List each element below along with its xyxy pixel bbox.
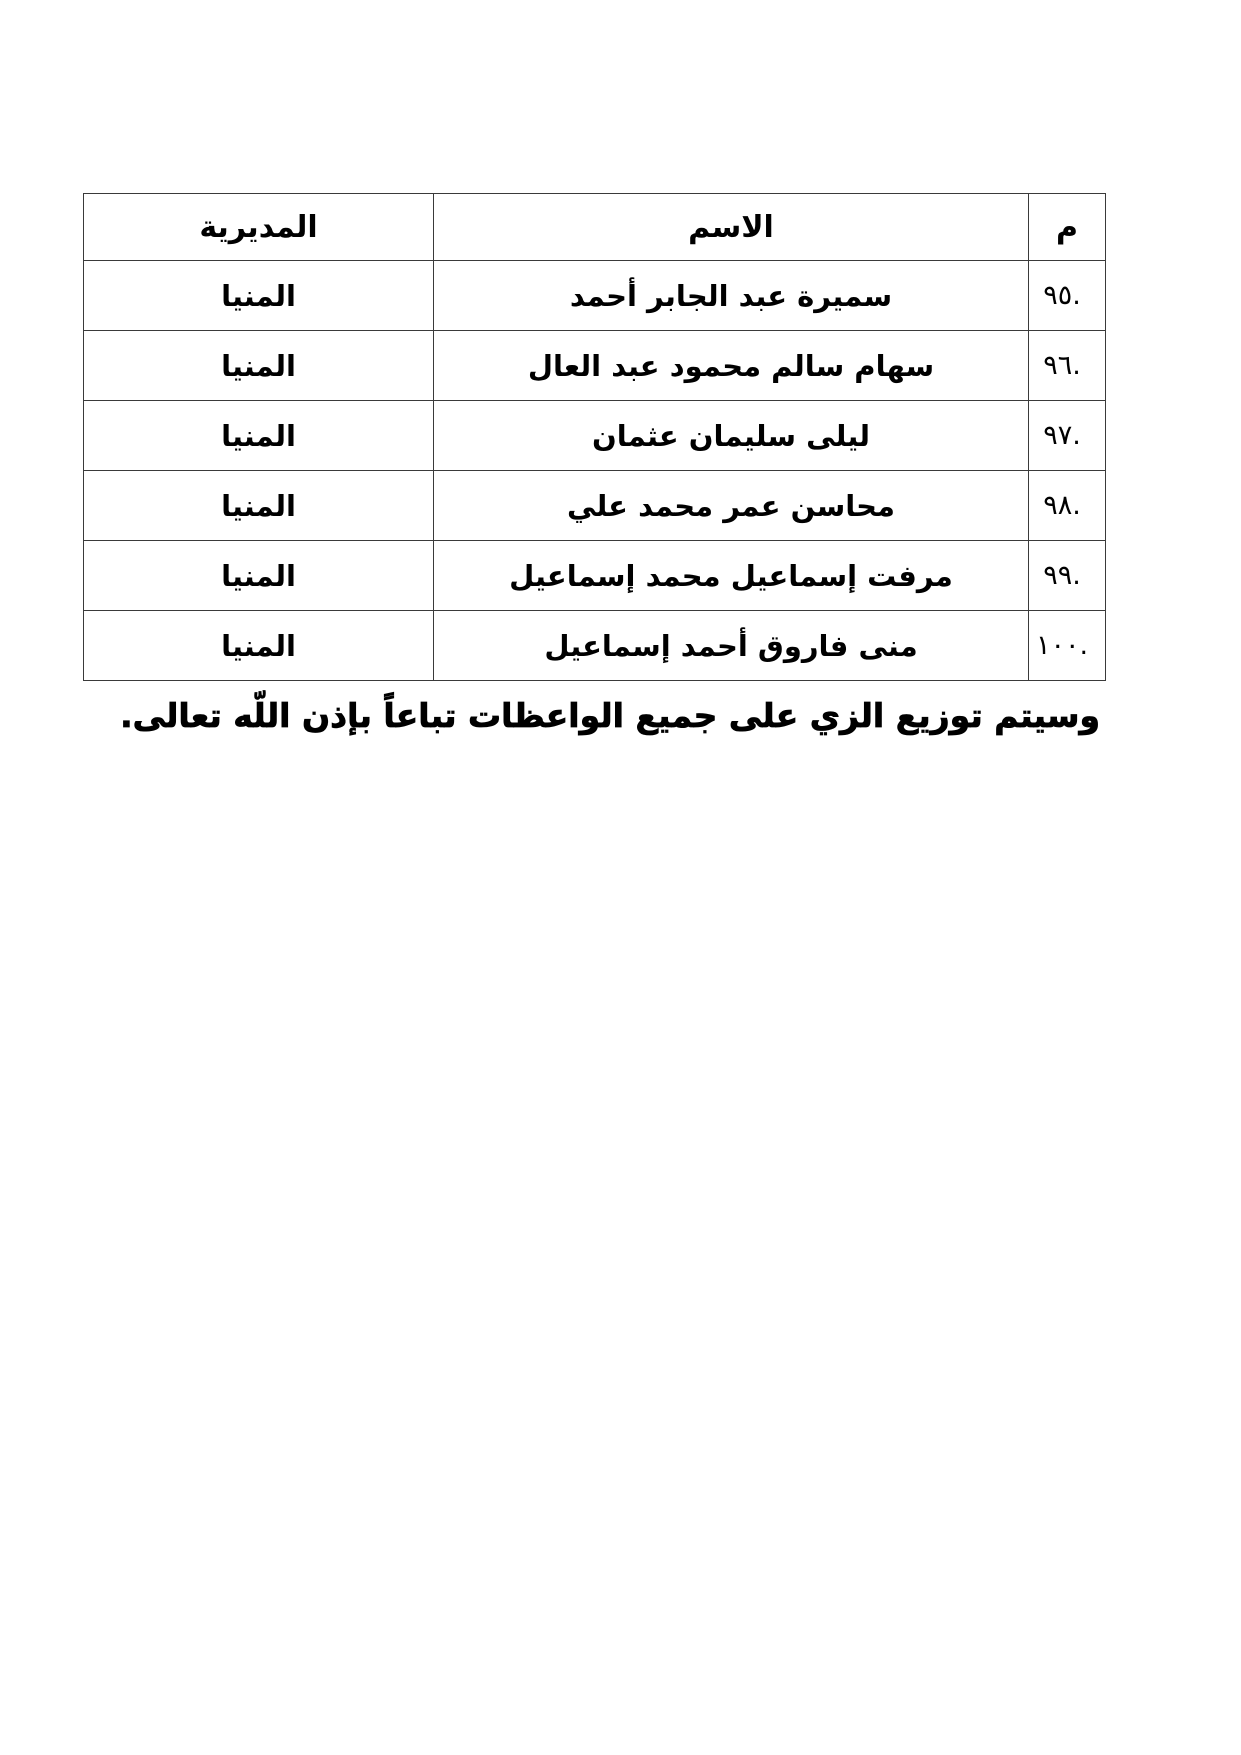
document-page: م الاسم المديرية ٩٥. سميرة عبد الجابر أح… [0,0,1241,1755]
row-name: سهام سالم محمود عبد العال [434,331,1029,401]
row-district: المنيا [84,611,434,681]
row-number: ٩٩. [1029,541,1106,611]
table-row: ١٠٠. منى فاروق أحمد إسماعيل المنيا [84,611,1106,681]
row-name: ليلى سليمان عثمان [434,401,1029,471]
row-number: ٩٦. [1029,331,1106,401]
row-district: المنيا [84,541,434,611]
header-number: م [1029,194,1106,261]
row-district: المنيا [84,401,434,471]
row-district: المنيا [84,471,434,541]
row-district: المنيا [84,331,434,401]
row-name: محاسن عمر محمد علي [434,471,1029,541]
row-number: ٩٥. [1029,261,1106,331]
table-row: ٩٦. سهام سالم محمود عبد العال المنيا [84,331,1106,401]
row-number: ٩٧. [1029,401,1106,471]
table-row: ٩٩. مرفت إسماعيل محمد إسماعيل المنيا [84,541,1106,611]
row-name: منى فاروق أحمد إسماعيل [434,611,1029,681]
roster-table: م الاسم المديرية ٩٥. سميرة عبد الجابر أح… [83,193,1106,681]
table-header-row: م الاسم المديرية [84,194,1106,261]
table-row: ٩٨. محاسن عمر محمد علي المنيا [84,471,1106,541]
header-district: المديرية [84,194,434,261]
header-name: الاسم [434,194,1029,261]
row-district: المنيا [84,261,434,331]
row-number: ١٠٠. [1029,611,1106,681]
row-name: سميرة عبد الجابر أحمد [434,261,1029,331]
table-row: ٩٧. ليلى سليمان عثمان المنيا [84,401,1106,471]
table-row: ٩٥. سميرة عبد الجابر أحمد المنيا [84,261,1106,331]
row-number: ٩٨. [1029,471,1106,541]
row-name: مرفت إسماعيل محمد إسماعيل [434,541,1029,611]
footnote-text: وسيتم توزيع الزي على جميع الواعظات تباعا… [120,696,1100,735]
